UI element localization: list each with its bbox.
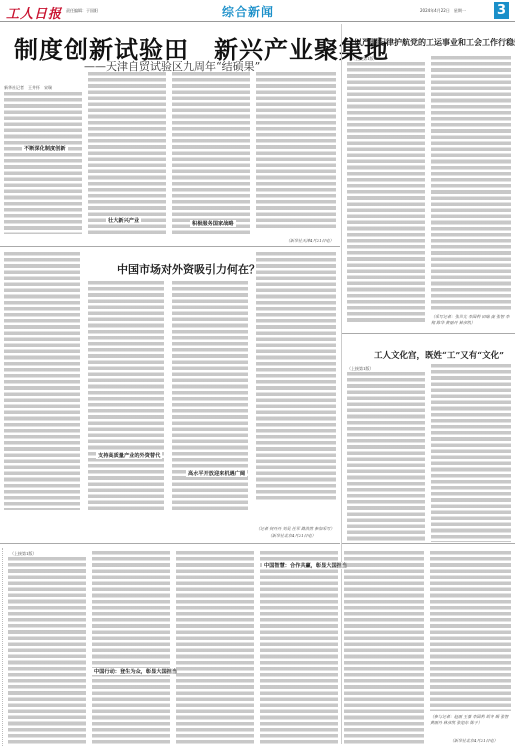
- bottom-column-6: [430, 551, 511, 711]
- lead-subsection-3: 积极服务国家战略: [190, 220, 236, 227]
- side-article-2-title: 工人文化宫，既姓“工”又有“文化”: [374, 349, 504, 361]
- page-number-badge: 3: [494, 2, 509, 19]
- bottom-column-3: [176, 551, 254, 746]
- middle-subsection-1: 支持高质量产业的外资替代: [96, 452, 162, 459]
- lead-subsection-1: 不断深化制度创新: [22, 145, 68, 152]
- bottom-column-4: [260, 551, 338, 746]
- side-article-1-title: 以严明纪律护航党的工运事业和工会工作行稳致远: [354, 37, 515, 48]
- right-column-divider: [341, 24, 342, 744]
- lead-dateline: （新华社天津4月21日电）: [286, 238, 334, 244]
- middle-article-dateline: （新华社北京4月21日电）: [268, 533, 316, 539]
- side-article-1-column-1: [347, 62, 425, 324]
- bottom-column-1: [8, 557, 86, 746]
- bottom-subsection-2: 中国行动：登生为众，彰显大国担当: [92, 668, 179, 675]
- side-article-2-column-2: [431, 364, 511, 542]
- middle-column-4: [256, 252, 336, 502]
- side-article-2-column-1: [347, 372, 425, 542]
- lead-subsection-2: 壮大新兴产业: [106, 217, 141, 224]
- lead-column-1: [4, 92, 82, 234]
- lead-column-4: [256, 72, 336, 230]
- section-title: 综合新闻: [222, 3, 274, 20]
- lead-article-bottom-rule: [0, 246, 340, 247]
- bottom-article-credit: （参与记者：赵丽 王嘉 李国利 胡冬 顾 张智 黄丽丹 林彦凯 张旭东 陈子）: [430, 714, 511, 726]
- middle-article-credit: （记者 何丹丹 刘昊 任军 路浩然 参加采写）: [256, 526, 334, 532]
- side-article-2-bottom-rule: [342, 543, 515, 544]
- middle-article-title: 中国市场对外资吸引力何在？: [117, 261, 260, 277]
- issue-date: 2024年4月22日 星期一: [420, 8, 466, 14]
- side-article-1-column-2: [431, 56, 511, 312]
- lead-column-3: [172, 72, 250, 234]
- lead-byline: 新华社记者 王井怀 宋瑞: [4, 85, 52, 91]
- bottom-column-2: [92, 551, 170, 746]
- side-article-1-credit: （采写记者：张世光 李国利 田瑞 庞 张智 李翔 陈华 黄丽丹 林彦凯）: [431, 314, 511, 326]
- bottom-left-dotted-rule: [2, 548, 3, 746]
- middle-column-1: [4, 252, 80, 510]
- side-article-1-bottom-rule: [342, 333, 515, 334]
- newspaper-logo: 工人日报: [6, 3, 62, 22]
- editor-credit: 责任编辑：于国阳: [66, 8, 98, 14]
- bottom-subsection-1: 中国智慧：合作共赢，彰显大国担当: [262, 562, 349, 569]
- bottom-column-5: [344, 551, 424, 746]
- middle-subsection-2: 高水平开放迎来机遇广阔: [186, 470, 247, 477]
- middle-article-bottom-rule: [0, 543, 340, 544]
- masthead-divider: [0, 21, 515, 22]
- bottom-article-dateline: （新华社北京4月21日电）: [450, 738, 498, 744]
- lead-column-2: [88, 72, 166, 234]
- middle-column-2: [88, 281, 164, 510]
- masthead: 工人日报 责任编辑：于国阳 综合新闻 2024年4月22日 星期一 3: [0, 0, 515, 22]
